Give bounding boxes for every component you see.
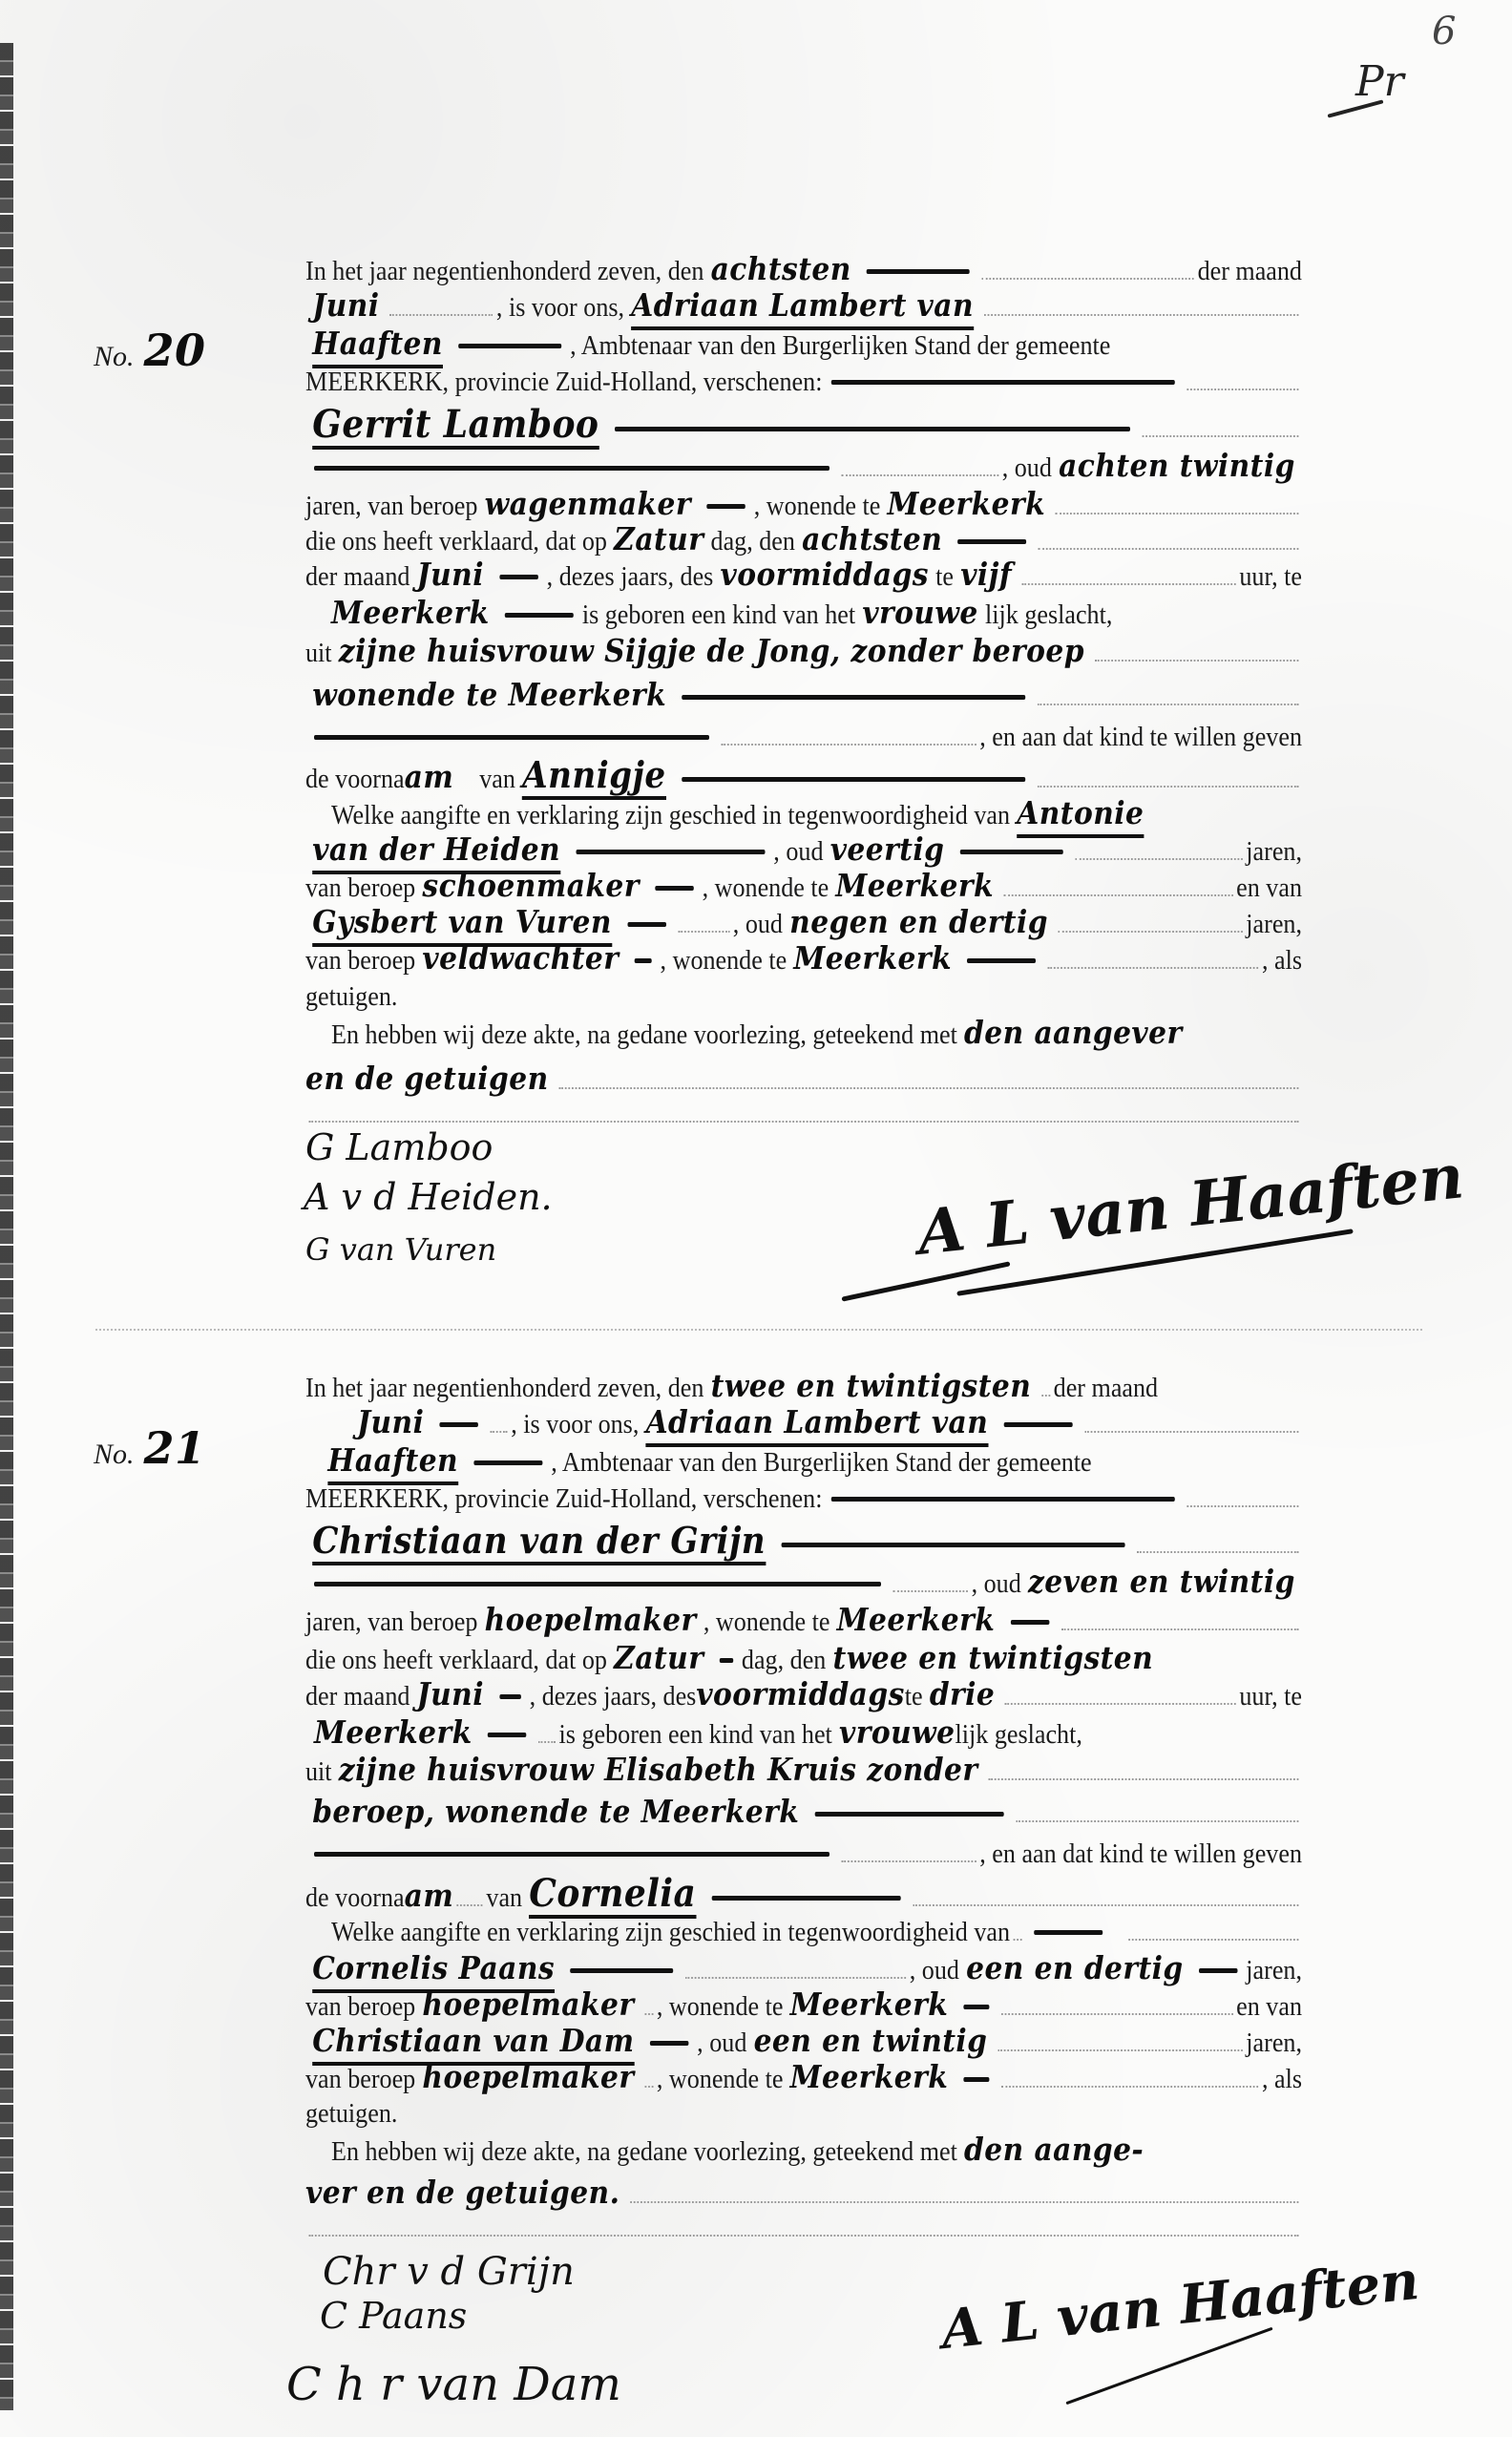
- line-2: Juni , is voor ons, Adriaan Lambert van: [305, 1403, 1302, 1441]
- line-17: van beroep schoenmaker , wonende te Meer…: [305, 867, 1302, 905]
- printed-text: , wonende te: [661, 941, 787, 979]
- line-12: wonende te Meerkerk: [305, 676, 1302, 714]
- printed-text: uur, te: [1239, 557, 1302, 596]
- hw-birthplace: Meerkerk: [331, 594, 490, 632]
- dotted-fill: [538, 1718, 556, 1743]
- hw-suffix: am: [405, 1877, 454, 1915]
- hw-sex: vrouwe: [839, 1713, 955, 1752]
- hw-hour: drie: [930, 1675, 995, 1713]
- signature-witness1: A v d Heiden.: [304, 1176, 553, 1218]
- printed-text: en van: [1236, 869, 1302, 907]
- dotted-fill: [685, 1954, 906, 1979]
- fill-dash: [314, 1852, 829, 1857]
- dotted-fill: [644, 2063, 653, 2088]
- hw-occupation: hoepelmaker: [422, 2058, 634, 2096]
- printed-text: , dezes jaars, des: [547, 557, 714, 596]
- hw-occupation: veldwachter: [422, 939, 619, 977]
- printed-text: , oud: [910, 1951, 959, 1989]
- line-8: die ons heeft verklaard, dat op Zatur da…: [305, 520, 1302, 558]
- printed-text: , is voor ons,: [496, 288, 624, 326]
- hw-suffix: am: [405, 758, 454, 796]
- signature-official: A L van Haaften: [938, 2249, 1422, 2362]
- line-1: In het jaar negentienhonderd zeven, den …: [305, 1367, 1302, 1405]
- signature-declarant: Chr v d Grijn: [323, 2250, 575, 2294]
- dotted-fill: [1128, 1916, 1298, 1941]
- dotted-fill: [1014, 1916, 1022, 1941]
- line-23: [305, 2212, 1302, 2250]
- line-19: van beroep veldwachter , wonende te Meer…: [305, 939, 1302, 977]
- printed-text: jaren,: [1246, 2024, 1302, 2062]
- hw-age: veertig: [830, 830, 945, 869]
- line-20: getuigen.: [305, 977, 1302, 1016]
- fill-dash: [958, 539, 1027, 544]
- fill-dash: [635, 958, 652, 963]
- printed-text: van beroep: [305, 2060, 415, 2098]
- hw-month: Juni: [417, 1675, 484, 1713]
- fill-dash: [1004, 1422, 1073, 1427]
- line-2: Juni , is voor ons, Adriaan Lambert van: [305, 286, 1302, 325]
- dotted-fill: [1186, 1482, 1298, 1507]
- printed-text: der maand: [305, 1677, 409, 1715]
- printed-text: , Ambtenaar van den Burgerlijken Stand d…: [570, 326, 1110, 365]
- printed-text: te: [935, 557, 954, 596]
- dotted-fill: [842, 452, 998, 476]
- line-12: beroep, wonende te Meerkerk: [305, 1793, 1302, 1831]
- printed-text: jaren, van beroep: [305, 487, 477, 525]
- signature-witness2: C h r van Dam: [286, 2358, 621, 2411]
- dotted-fill: [678, 908, 729, 933]
- line-13: , en aan dat kind te willen geven: [305, 1835, 1302, 1873]
- hw-day: achtsten: [802, 520, 942, 558]
- hw-occupation: hoepelmaker: [485, 1601, 697, 1639]
- printed-text: , oud: [733, 905, 783, 943]
- printed-text: , en aan dat kind te willen geven: [979, 718, 1302, 756]
- printed-text: en van: [1236, 1987, 1302, 2026]
- dotted-fill: [1142, 412, 1298, 437]
- fill-dash: [570, 1968, 673, 1973]
- printed-text: is geboren een kind van het: [582, 596, 855, 634]
- dotted-fill: [1038, 681, 1298, 705]
- printed-text: , wonende te: [657, 1987, 784, 2026]
- dotted-fill: [309, 1098, 1299, 1123]
- dotted-fill: [644, 1990, 653, 2015]
- hw-month: Juni: [417, 556, 484, 594]
- hw-signed-with: den aange-: [964, 2131, 1144, 2169]
- dotted-fill: [842, 1838, 976, 1862]
- hw-residence: Meerkerk: [790, 1985, 949, 2024]
- printed-text: lijk geslacht,: [985, 596, 1112, 634]
- line-9: der maand Juni , dezes jaars, des voormi…: [305, 1675, 1302, 1713]
- printed-text: uit: [305, 1753, 332, 1791]
- fill-dash: [655, 886, 694, 891]
- line-11: uit zijne huisvrouw Sijgje de Jong, zond…: [305, 632, 1302, 670]
- printed-text: getuigen.: [305, 977, 397, 1016]
- line-19: van beroep hoepelmaker , wonende te Meer…: [305, 2058, 1302, 2096]
- printed-text: te: [905, 1677, 923, 1715]
- dotted-fill: [1037, 763, 1298, 788]
- printed-text: lijk geslacht,: [955, 1715, 1081, 1754]
- fill-dash: [1010, 1620, 1049, 1625]
- fill-dash: [650, 2041, 689, 2046]
- line-21: En hebben wij deze akte, na gedane voorl…: [305, 2131, 1302, 2169]
- line-14: de voornaam van Cornelia: [305, 1875, 1302, 1913]
- hw-residence: Meerkerk: [835, 867, 994, 905]
- printed-text: MEERKERK, provincie Zuid-Holland, versch…: [305, 363, 822, 401]
- dotted-fill: [984, 291, 1299, 316]
- corner-initial: Pr: [1355, 57, 1404, 106]
- hw-age: zeven en twintig: [1028, 1563, 1295, 1601]
- signature-official: A L van Haaften: [914, 1141, 1467, 1270]
- dotted-fill: [1039, 525, 1298, 550]
- printed-text: van: [486, 1879, 522, 1917]
- fill-dash: [505, 613, 574, 618]
- line-9: der maand Juni , dezes jaars, des voormi…: [305, 556, 1302, 594]
- hw-declarant: Gerrit Lamboo: [312, 406, 598, 450]
- hw-time-of-day: voormiddags: [696, 1675, 904, 1713]
- dotted-fill: [893, 1567, 968, 1592]
- fill-dash: [627, 922, 666, 927]
- line-16: Cornelis Paans , oud een en dertig jaren…: [305, 1949, 1302, 1987]
- fill-dash: [682, 695, 1025, 700]
- dotted-fill: [1001, 1990, 1232, 2015]
- fill-dash: [458, 344, 561, 348]
- dotted-fill: [988, 1755, 1298, 1780]
- line-22: en de getuigen: [305, 1060, 1302, 1098]
- dotted-fill: [491, 1408, 508, 1433]
- fill-dash: [830, 1497, 1174, 1502]
- record-number-label: No.: [94, 341, 135, 372]
- printed-text: van beroep: [305, 941, 415, 979]
- line-15: Welke aangifte en verklaring zijn geschi…: [305, 794, 1302, 832]
- line-5: Gerrit Lamboo: [305, 406, 1302, 444]
- line-22: ver en de getuigen.: [305, 2174, 1302, 2212]
- fill-dash: [1199, 1968, 1238, 1973]
- fill-dash: [314, 466, 829, 471]
- dotted-fill: [997, 2027, 1243, 2051]
- printed-text: is geboren een kind van het: [559, 1715, 832, 1754]
- printed-text: , wonende te: [703, 869, 829, 907]
- hw-hour: vijf: [960, 556, 1012, 594]
- hw-weekday: Zatur: [614, 520, 703, 558]
- hw-sex: vrouwe: [862, 594, 977, 632]
- fill-dash: [576, 850, 765, 854]
- printed-text: de voorna: [305, 1879, 405, 1917]
- line-10: Meerkerk is geboren een kind van het vro…: [305, 1713, 1302, 1752]
- dotted-fill: [1137, 1528, 1299, 1553]
- hw-age: een en twintig: [754, 2022, 988, 2060]
- fill-dash: [963, 2077, 989, 2082]
- printed-text: die ons heeft verklaard, dat op: [305, 1641, 607, 1679]
- printed-text: , als: [1262, 941, 1302, 979]
- printed-text: In het jaar negentienhonderd zeven, den: [305, 1369, 703, 1407]
- line-17: van beroep hoepelmaker , wonende te Meer…: [305, 1985, 1302, 2024]
- binding-edge: [0, 43, 13, 2410]
- hw-day: achtsten: [711, 250, 851, 288]
- hw-occupation: hoepelmaker: [422, 1985, 634, 2024]
- printed-text: , oud: [1002, 449, 1052, 487]
- page-number: 6: [1432, 10, 1456, 53]
- dotted-fill: [457, 1881, 483, 1906]
- line-16: van der Heiden , oud veertig jaren,: [305, 830, 1302, 869]
- printed-text: die ons heeft verklaard, dat op: [305, 522, 607, 560]
- dotted-fill: [982, 255, 1194, 280]
- fill-dash: [314, 1582, 881, 1586]
- hw-declarant: Christiaan van der Grijn: [312, 1522, 766, 1565]
- dotted-fill: [1186, 366, 1298, 390]
- printed-text: , oud: [697, 2024, 746, 2062]
- line-13: , en aan dat kind te willen geven: [305, 718, 1302, 756]
- printed-text: jaren, van beroep: [305, 1603, 477, 1641]
- printed-text: van beroep: [305, 869, 415, 907]
- fill-dash: [830, 380, 1174, 385]
- hw-day: twee en twintigsten: [833, 1639, 1154, 1677]
- fill-dash: [499, 575, 538, 579]
- hw-mother-residence: beroep, wonende te Meerkerk: [312, 1793, 799, 1831]
- fill-dash: [706, 504, 745, 509]
- printed-text: , oud: [972, 1565, 1021, 1603]
- dotted-fill: [389, 291, 493, 316]
- printed-text: En hebben wij deze akte, na gedane voorl…: [331, 1016, 957, 1054]
- hw-residence: Meerkerk: [888, 485, 1046, 523]
- printed-text: , wonende te: [754, 487, 881, 525]
- dotted-fill: [722, 721, 976, 746]
- fill-dash: [712, 1896, 901, 1901]
- printed-text: , wonende te: [657, 2060, 784, 2098]
- printed-text: dag, den: [711, 522, 795, 560]
- fill-dash: [314, 735, 709, 740]
- line-21: En hebben wij deze akte, na gedane voorl…: [305, 1014, 1302, 1052]
- printed-text: uur, te: [1239, 1677, 1302, 1715]
- record-number-label: No.: [94, 1439, 135, 1470]
- printed-text: van: [479, 760, 515, 798]
- hw-month: Juni: [312, 286, 379, 325]
- line-18: Gysbert van Vuren , oud negen en dertig …: [305, 903, 1302, 941]
- printed-text: , en aan dat kind te willen geven: [979, 1835, 1302, 1873]
- fill-dash: [488, 1733, 527, 1737]
- printed-text: In het jaar negentienhonderd zeven, den: [305, 252, 703, 290]
- printed-text: getuigen.: [305, 2094, 397, 2132]
- dotted-fill: [1022, 560, 1236, 585]
- line-3: Haaften , Ambtenaar van den Burgerlijken…: [305, 325, 1302, 363]
- dotted-fill: [630, 2178, 1298, 2203]
- dotted-fill: [1095, 637, 1299, 662]
- hw-birthplace: Meerkerk: [314, 1713, 472, 1752]
- printed-text: jaren,: [1246, 1951, 1302, 1989]
- dotted-fill: [1001, 2063, 1258, 2088]
- record-number: No.21: [94, 1422, 214, 1474]
- printed-text: , wonende te: [703, 1603, 830, 1641]
- hw-residence: Meerkerk: [790, 2058, 949, 2096]
- line-3: Haaften , Ambtenaar van den Burgerlijken…: [305, 1441, 1302, 1480]
- printed-text: MEERKERK, provincie Zuid-Holland, versch…: [305, 1480, 822, 1518]
- printed-text: uit: [305, 634, 332, 672]
- printed-text: En hebben wij deze akte, na gedane voorl…: [331, 2132, 957, 2171]
- fill-dash: [814, 1812, 1003, 1817]
- record-number-value: 21: [144, 1422, 206, 1474]
- line-15: Welke aangifte en verklaring zijn geschi…: [305, 1913, 1302, 1951]
- printed-text: de voorna: [305, 760, 405, 798]
- hw-month: Juni: [357, 1403, 424, 1441]
- hw-signed-with: en de getuigen: [305, 1060, 549, 1098]
- line-8: die ons heeft verklaard, dat op Zatur da…: [305, 1639, 1302, 1677]
- dotted-fill: [558, 1064, 1298, 1089]
- hw-weekday: Zatur: [614, 1639, 703, 1677]
- line-7: jaren, van beroep hoepelmaker , wonende …: [305, 1601, 1302, 1639]
- printed-text: Welke aangifte en verklaring zijn geschi…: [331, 796, 1010, 834]
- hw-signed-with: ver en de getuigen.: [305, 2174, 619, 2212]
- line-6: , oud zeven en twintig: [305, 1563, 1302, 1601]
- fill-dash: [682, 777, 1025, 782]
- hw-occupation: schoenmaker: [422, 867, 639, 905]
- hw-residence: Meerkerk: [793, 939, 952, 977]
- line-10: Meerkerk is geboren een kind van het vro…: [305, 594, 1302, 632]
- dotted-fill: [1061, 1606, 1299, 1630]
- line-20: getuigen.: [305, 2094, 1302, 2132]
- dotted-fill: [1016, 1797, 1298, 1822]
- hw-residence: Meerkerk: [837, 1601, 996, 1639]
- dotted-fill: [1041, 1372, 1050, 1397]
- line-5: Christiaan van der Grijn: [305, 1522, 1302, 1560]
- fill-dash: [960, 850, 1063, 854]
- fill-dash: [473, 1460, 542, 1465]
- fill-dash: [440, 1422, 479, 1427]
- fill-dash: [499, 1694, 521, 1699]
- printed-text: , Ambtenaar van den Burgerlijken Stand d…: [551, 1443, 1091, 1481]
- record-separator: [95, 1329, 1422, 1331]
- printed-text: der maand: [1054, 1369, 1158, 1407]
- printed-text: dag, den: [742, 1641, 826, 1679]
- hw-day: twee en twintigsten: [711, 1367, 1032, 1405]
- hw-age: negen en dertig: [789, 903, 1048, 941]
- record-number-value: 20: [144, 325, 206, 376]
- fill-dash: [1034, 1930, 1102, 1935]
- line-18: Christiaan van Dam , oud een en twintig …: [305, 2022, 1302, 2060]
- signature-witness1: C Paans: [320, 2295, 467, 2337]
- fill-dash: [720, 1658, 733, 1663]
- printed-text: jaren,: [1246, 905, 1302, 943]
- dotted-fill: [309, 2212, 1299, 2237]
- dotted-fill: [1004, 872, 1233, 896]
- printed-text: , oud: [773, 832, 823, 871]
- hw-mother-residence: wonende te Meerkerk: [312, 676, 666, 714]
- printed-text: , als: [1262, 2060, 1302, 2098]
- fill-dash: [781, 1543, 1124, 1547]
- hw-mother: zijne huisvrouw Sijgje de Jong, zonder b…: [339, 632, 1084, 670]
- dotted-fill: [1084, 1408, 1298, 1433]
- hw-occupation: wagenmaker: [485, 485, 691, 523]
- line-7: jaren, van beroep wagenmaker , wonende t…: [305, 485, 1302, 523]
- fill-dash: [867, 269, 970, 274]
- line-11: uit zijne huisvrouw Elisabeth Kruis zond…: [305, 1751, 1302, 1789]
- line-4: MEERKERK, provincie Zuid-Holland, versch…: [305, 363, 1302, 401]
- dotted-fill: [1075, 835, 1243, 860]
- dotted-fill: [1005, 1680, 1236, 1705]
- record-number: No.20: [94, 325, 214, 376]
- dotted-fill: [1048, 944, 1259, 969]
- printed-text: van beroep: [305, 1987, 415, 2026]
- fill-dash: [963, 2005, 989, 2009]
- printed-text: , is voor ons,: [511, 1405, 639, 1443]
- printed-text: der maand: [1198, 252, 1302, 290]
- signature-witness2: G van Vuren: [305, 1231, 496, 1268]
- printed-text: der maand: [305, 557, 409, 596]
- hw-age: een en dertig: [966, 1949, 1183, 1987]
- printed-text: jaren,: [1246, 832, 1302, 871]
- hw-age: achten twintig: [1059, 447, 1295, 485]
- line-6: , oud achten twintig: [305, 447, 1302, 485]
- printed-text: Welke aangifte en verklaring zijn geschi…: [331, 1913, 1010, 1951]
- hw-signed-with: den aangever: [964, 1014, 1183, 1052]
- printed-text: , dezes jaars, des: [530, 1677, 697, 1715]
- hw-mother: zijne huisvrouw Elisabeth Kruis zonder: [339, 1751, 978, 1789]
- dotted-fill: [913, 1881, 1298, 1906]
- dotted-fill: [1056, 490, 1298, 515]
- fill-dash: [615, 427, 1130, 431]
- dotted-fill: [1059, 908, 1243, 933]
- line-14: de voornaam van Annigje: [305, 756, 1302, 794]
- hw-time-of-day: voormiddags: [721, 556, 929, 594]
- line-4: MEERKERK, provincie Zuid-Holland, versch…: [305, 1480, 1302, 1518]
- signature-declarant: G Lamboo: [305, 1126, 493, 1168]
- line-1: In het jaar negentienhonderd zeven, den …: [305, 250, 1302, 288]
- fill-dash: [967, 958, 1036, 963]
